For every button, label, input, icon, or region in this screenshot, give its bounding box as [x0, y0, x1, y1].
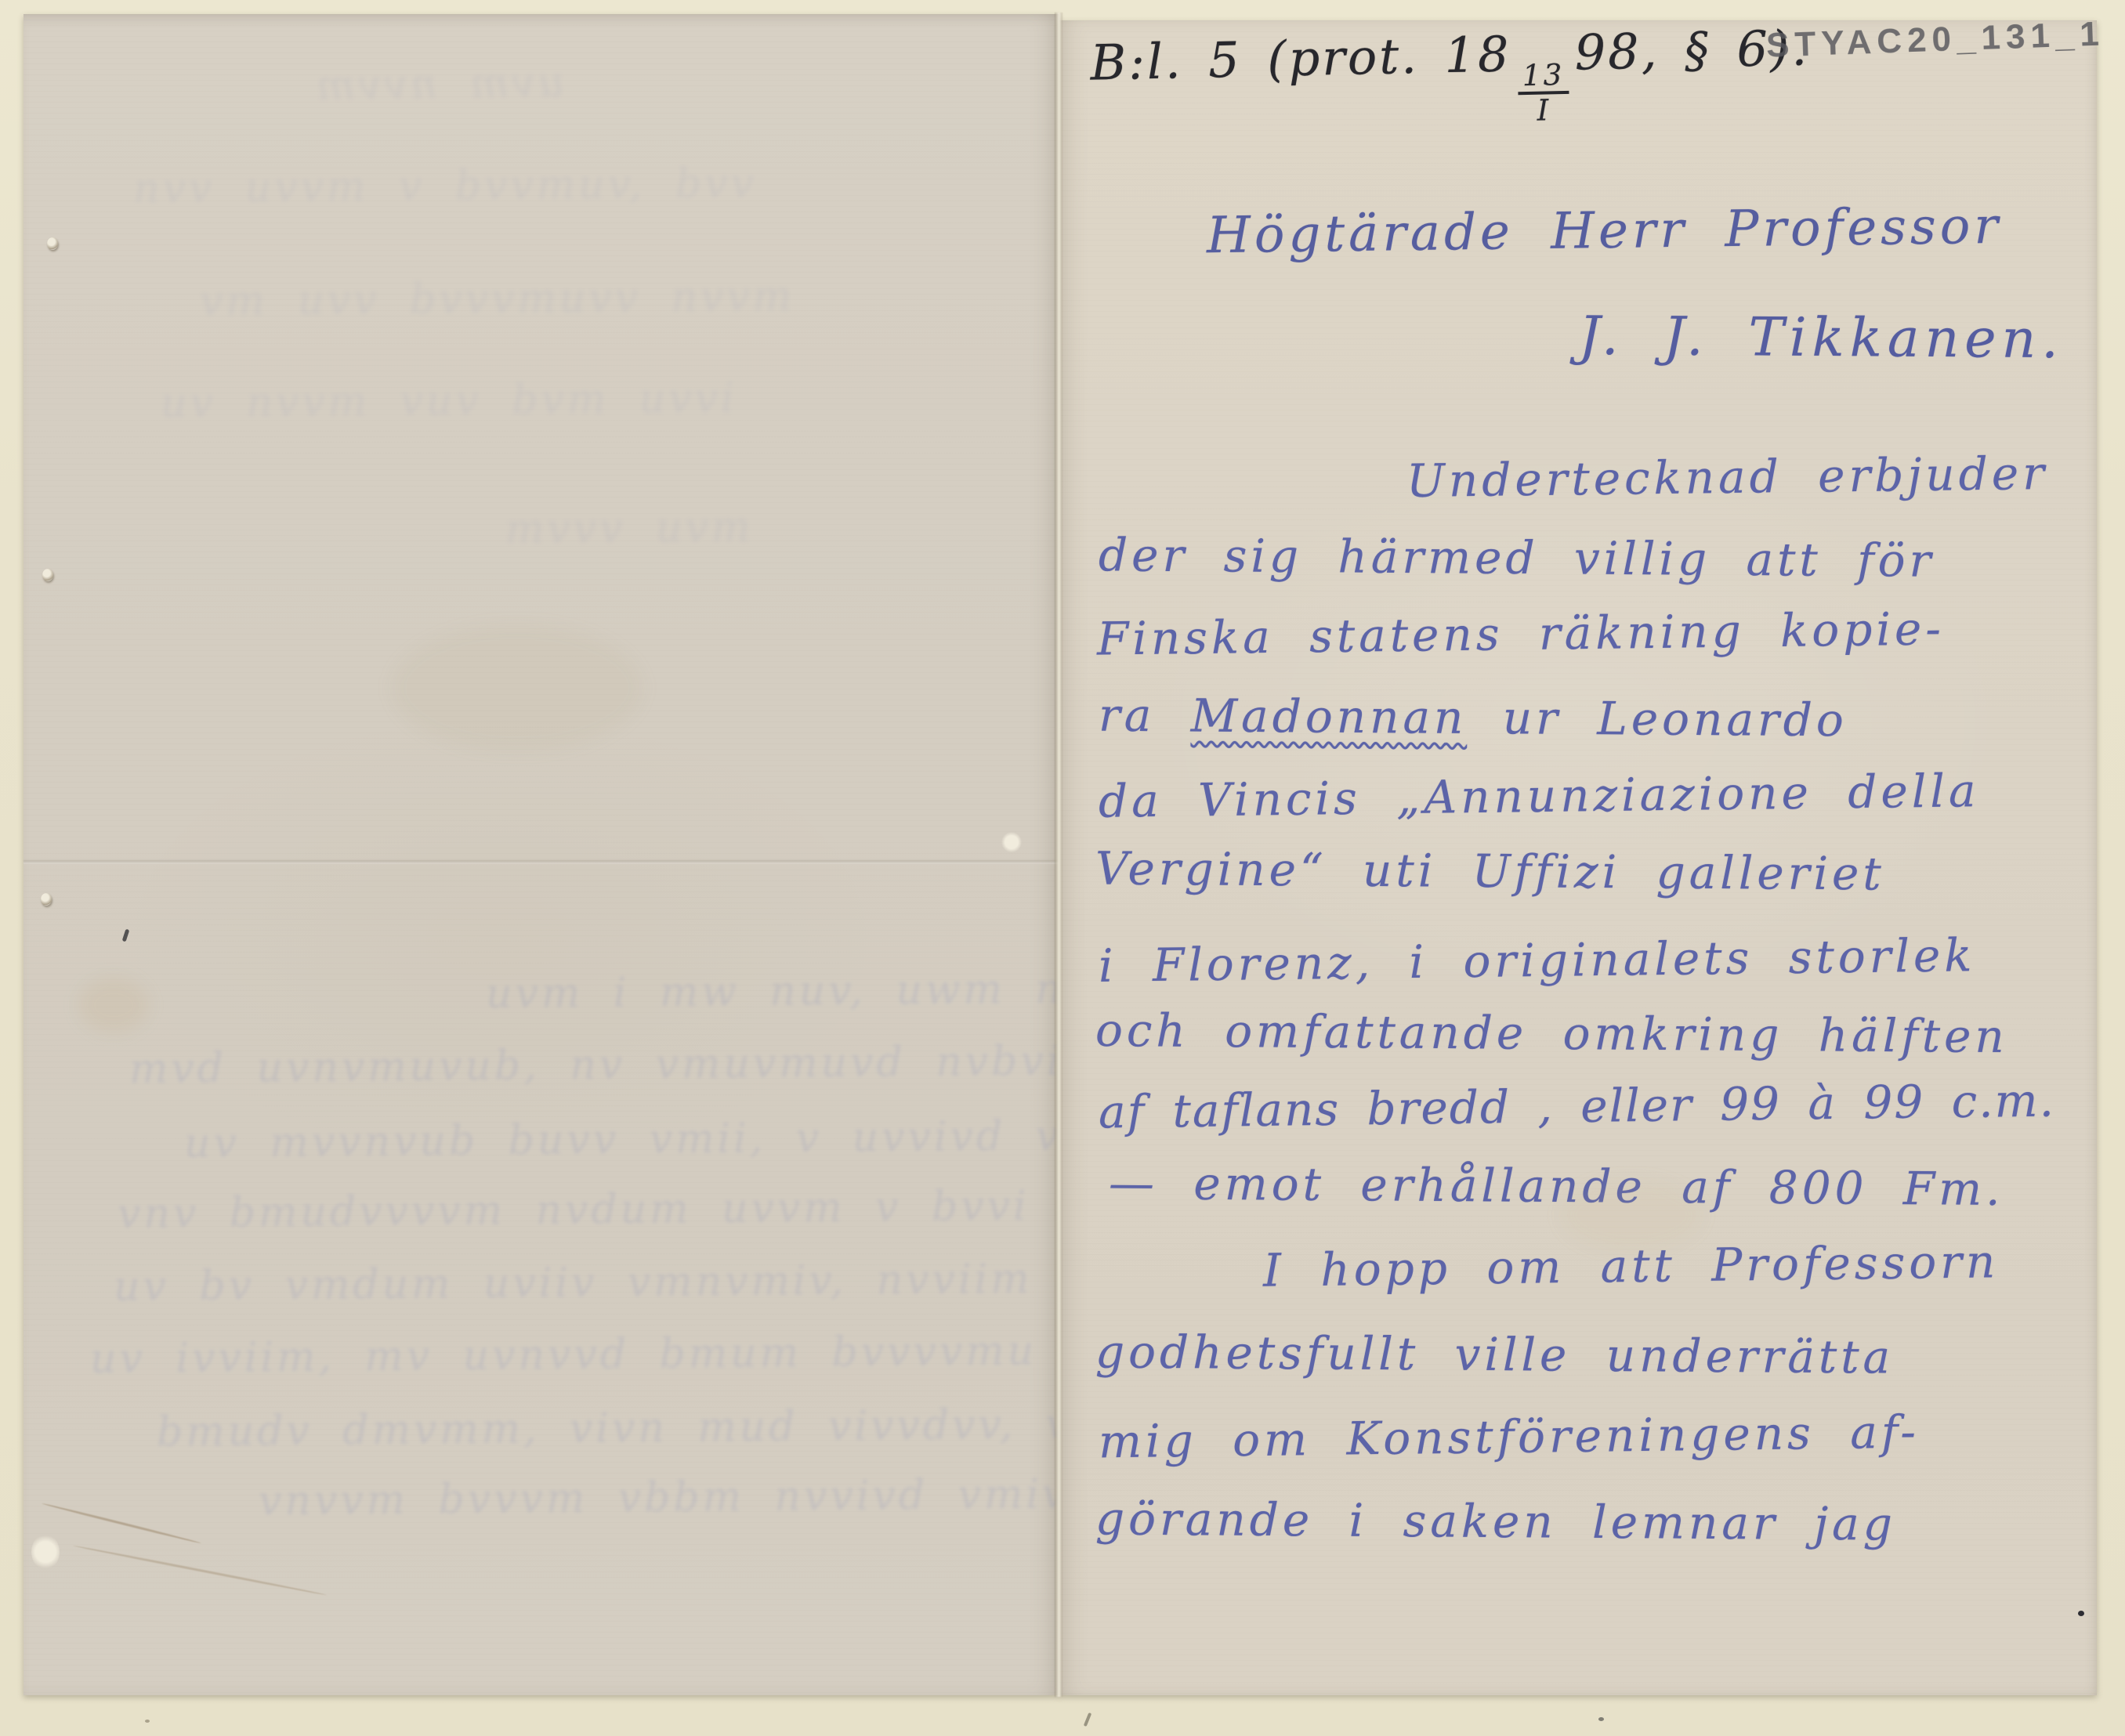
- bleedthrough-text: vnv bmudvvvvm nvdum uvvm v bvvi: [118, 1183, 1030, 1238]
- catalog-number-stamp: STYAC20_131_1: [1765, 14, 2105, 65]
- page-fold-edge: [1055, 13, 1062, 1697]
- letter-body-line: — emot erhållande af 800 Fm.: [1109, 1156, 2004, 1216]
- bleedthrough-text: vm uvv bvvvmuvv nvvm: [200, 273, 795, 326]
- bleedthrough-text: uvm nvvm: [313, 60, 565, 110]
- punch-hole: [47, 237, 58, 250]
- letter-body-line: af taflans bredd , eller 99 à 99 c.m.: [1099, 1074, 2056, 1139]
- fiber-speck: [122, 929, 130, 942]
- archival-note: B:l. 5 (prot. 1813I98, § 6).: [1090, 19, 1811, 134]
- letter-body-line: Finska statens räkning kopie-: [1097, 602, 1946, 665]
- bleedthrough-text: nvv uvvm v bvvmuv, bvv: [133, 161, 757, 213]
- date-fraction-denominator: I: [1537, 94, 1551, 125]
- date-fraction: 13I: [1518, 60, 1570, 125]
- punch-hole: [41, 893, 52, 906]
- backing-speck: [1598, 1717, 1604, 1721]
- letter-body-line: görande i saken lemnar jag: [1095, 1492, 1896, 1550]
- letter-body-line-madonnan: ra Madonnan ur Leonardo: [1099, 689, 1848, 747]
- date-fraction-numerator: 13: [1518, 60, 1569, 95]
- bleedthrough-text: bmudv dmvmm, vivn mud vivvdvv, vmbv: [157, 1400, 1169, 1456]
- salutation-line: Högtärade Herr Professor: [1207, 197, 2003, 265]
- bleedthrough-text: vnvvm bvvvm vbbm nvvivd vmivv: [259, 1470, 1095, 1524]
- letter-body-line: da Vincis „Annunziazione della: [1099, 764, 1980, 828]
- line-post: ur Leonardo: [1467, 691, 1848, 747]
- letter-body-line: Vergine“ uti Uffizi galleriet: [1095, 841, 1885, 900]
- paper-chip: [1001, 832, 1022, 852]
- paper-tear: [42, 1503, 201, 1545]
- letter-body-line: i Florenz, i originalets storlek: [1099, 928, 1976, 993]
- right-page: B:l. 5 (prot. 1813I98, § 6). STYAC20_131…: [1059, 20, 2097, 1695]
- letter-body-line: och omfattande omkring hälften: [1095, 1004, 2008, 1063]
- paper-stain: [1561, 1180, 1702, 1250]
- punch-hole: [42, 569, 53, 581]
- bleedthrough-text: uv bv vmdum uviiv vmnvmiv, nvviim: [114, 1256, 1033, 1311]
- letter-body-line: godhetsfullt ville underrätta: [1095, 1325, 1895, 1383]
- left-page: uvm nvvm nvv uvvm v bvvmuv, bvv vm uvv b…: [24, 14, 1059, 1695]
- paper-tear: [73, 1545, 328, 1597]
- bleedthrough-text: uv mvvnvub buvv vmii, v uvvivd vm: [184, 1112, 1104, 1167]
- underlined-word: Madonnan: [1191, 689, 1468, 743]
- bleedthrough-text: uv nvvm vuv bvm uvvi: [161, 375, 737, 427]
- paper-stain: [392, 625, 643, 750]
- backing-mark: [1084, 1712, 1091, 1727]
- archival-note-prefix: B:l. 5 (prot. 18: [1090, 25, 1511, 91]
- bleedthrough-text: uv ivviim, mv uvnvvd bmum bvvvvmu: [90, 1328, 1037, 1383]
- line-pre: ra: [1099, 689, 1191, 743]
- ink-speck: [2078, 1611, 2084, 1616]
- paper-stain: [78, 978, 149, 1033]
- fold-crease: [24, 860, 1059, 864]
- letter-body-line: Undertecknad erbjuder: [1406, 447, 2049, 508]
- bleedthrough-text: mvd uvnvmuvub, nv vmuvmuvd nvbvi: [129, 1038, 1063, 1093]
- letter-body-line: mig om Konstföreningens af-: [1099, 1405, 1920, 1469]
- scanned-letter-document: uvm nvvm nvv uvvm v bvvmuv, bvv vm uvv b…: [0, 0, 2125, 1736]
- backing-speck: [145, 1720, 150, 1723]
- paper-chip: [31, 1534, 60, 1570]
- addressee-name: J. J. Tikkanen.: [1579, 306, 2064, 371]
- bleedthrough-text: mvvv uvm: [505, 505, 754, 554]
- letter-body-line: der sig härmed villig att för: [1099, 528, 1935, 587]
